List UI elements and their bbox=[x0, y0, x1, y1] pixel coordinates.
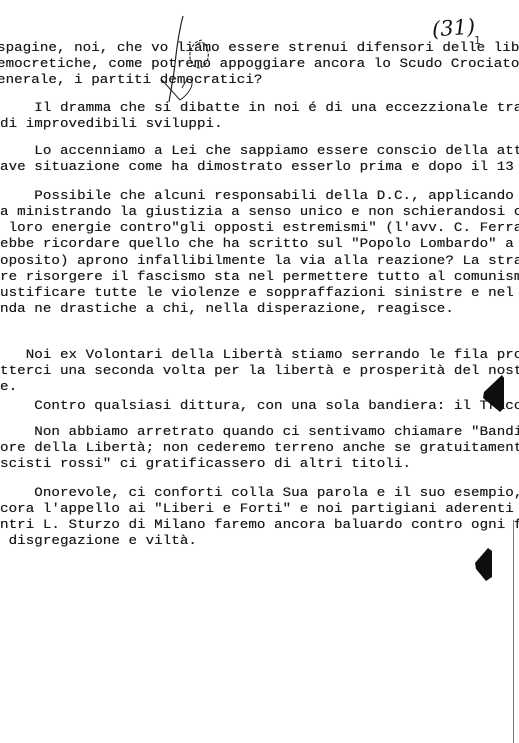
text-line: Il dramma che si dibatte in noi é di una… bbox=[0, 101, 519, 116]
text-line: Onorevole, ci conforti colla Sua parola … bbox=[0, 486, 519, 501]
page-number: (31) bbox=[431, 15, 476, 42]
text-line: loro energie contro"gli opposti estremis… bbox=[0, 221, 519, 236]
text-line: emocretiche, come potremo appoggiare anc… bbox=[0, 57, 519, 72]
text-line: Lo accenniamo a Lei che sappiamo essere … bbox=[0, 144, 519, 159]
text-line: di improvedibili sviluppi. bbox=[0, 117, 223, 132]
text-line: disgregazione e viltà. bbox=[0, 534, 197, 549]
text-line: Noi ex Volontari della Libertà stiamo se… bbox=[0, 348, 519, 363]
text-line: ustificare tutte le violenze e soppraffa… bbox=[0, 286, 519, 301]
text-line: e. bbox=[0, 380, 17, 395]
text-line: Non abbiamo arretrato quando ci sentivam… bbox=[0, 425, 519, 440]
text-line: ave situazione come ha dimostrato esserl… bbox=[0, 160, 519, 175]
text-line: ebbe ricordare quello che ha scritto sul… bbox=[0, 237, 519, 252]
text-line: cora l'appello ai "Liberi e Forti" e noi… bbox=[0, 502, 519, 517]
text-line: nda ne drastiche a chi, nella disperazio… bbox=[0, 302, 454, 317]
text-line: scisti rossi" ci gratificassero di altri… bbox=[0, 457, 411, 472]
punch-hole-mark-upper bbox=[480, 374, 506, 414]
text-line: enerale, i partiti democratici? bbox=[0, 73, 262, 88]
text-line: Possibile che alcuni responsabili della … bbox=[0, 189, 519, 204]
text-line: ntri L. Sturzo di Milano faremo ancora b… bbox=[0, 518, 519, 533]
page-edge-line bbox=[513, 520, 514, 743]
text-line: a ministrando la giustizia a senso unico… bbox=[0, 205, 519, 220]
text-line: ore della Libertà; non cederemo terreno … bbox=[0, 441, 519, 456]
text-line: Contro qualsiasi dittura, con una sola b… bbox=[0, 399, 519, 414]
text-line: re risorgere il fascismo sta nel permett… bbox=[0, 270, 519, 285]
text-line: tterci una seconda volta per la libertà … bbox=[0, 364, 519, 379]
punch-hole-mark-lower bbox=[472, 547, 498, 583]
text-line: oposito) aprono infallibilmente la via a… bbox=[0, 254, 519, 269]
text-line: spagine, noi, che vo liamo essere strenu… bbox=[0, 41, 519, 56]
